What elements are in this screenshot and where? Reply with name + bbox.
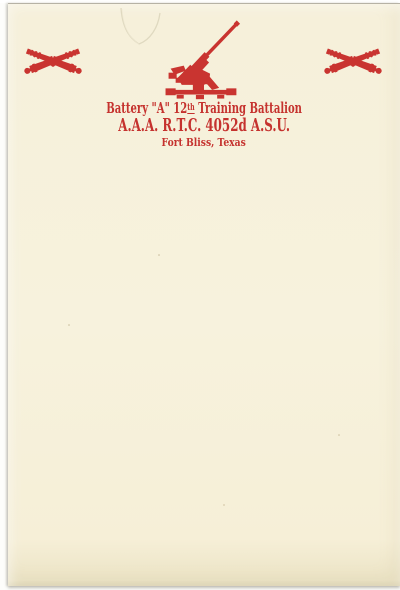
stationery-sheet: Battery "A" 12th Training Battalion A.A.… xyxy=(8,3,400,586)
anti-aircraft-gun-icon xyxy=(163,17,245,100)
location-line: Fort Bliss, Texas xyxy=(4,136,400,149)
paper-speck xyxy=(223,504,225,506)
unit-title-line: Battery "A" 12th Training Battalion xyxy=(4,100,400,116)
letterhead-text: Battery "A" 12th Training Battalion A.A.… xyxy=(4,100,400,149)
crossed-cannons-icon xyxy=(320,39,386,83)
paper-speck xyxy=(338,434,340,436)
command-line: A.A.A. R.T.C. 4052d A.S.U. xyxy=(4,117,400,134)
paper-speck xyxy=(158,254,160,256)
paper-speck xyxy=(68,324,70,326)
crossed-cannons-icon xyxy=(20,39,86,83)
ordinal-suffix: th xyxy=(187,102,194,114)
